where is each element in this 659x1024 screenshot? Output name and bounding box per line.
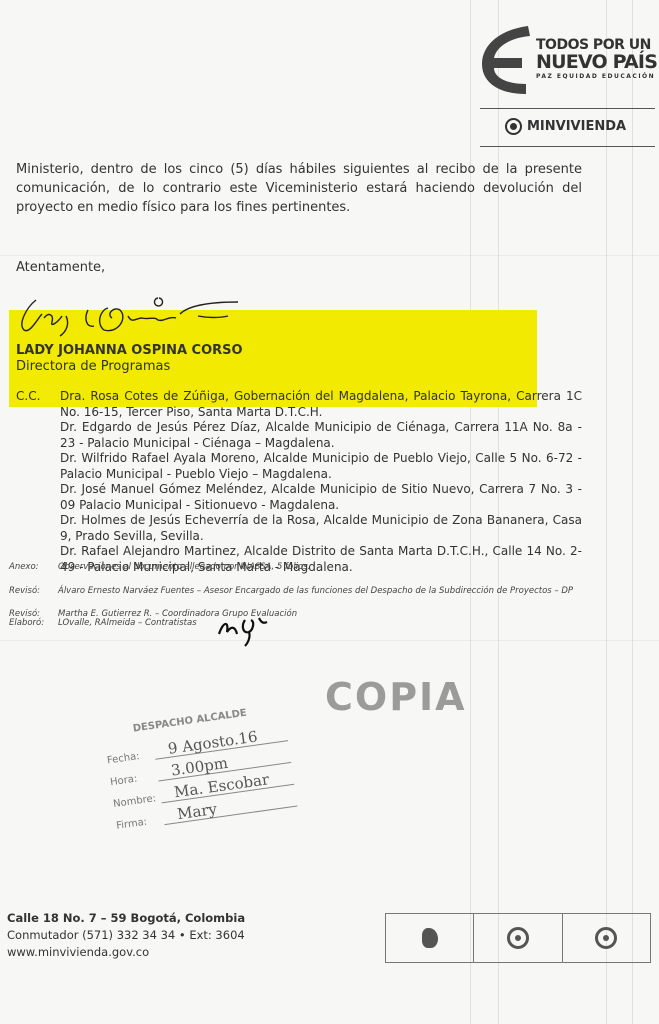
stamp-time-label: Hora: [109, 771, 158, 789]
logo-line-1: TODOS POR UN [536, 38, 657, 52]
prepared-line: Elaboró:LOvalle, RAlmeida – Contratistas [9, 618, 197, 628]
cc-recipient: Dra. Rosa Cotes de Zúñiga, Gobernación d… [60, 389, 582, 420]
cc-recipient: Dr. Wilfrido Rafael Ayala Moreno, Alcald… [60, 451, 582, 482]
ministry-name: MINVIVIENDA [527, 119, 626, 134]
reviewed-value: Álvaro Ernesto Narváez Fuentes – Asesor … [58, 586, 578, 596]
signer-name: LADY JOHANNA OSPINA CORSO [16, 343, 243, 358]
iso-certification-icon [595, 927, 617, 949]
body-paragraph: Ministerio, dentro de los cinco (5) días… [16, 160, 582, 217]
cc-recipient: Dr. Holmes de Jesús Echeverría de la Ros… [60, 513, 582, 544]
footer-phone: Conmutador (571) 332 34 34 • Ext: 3604 [7, 927, 245, 944]
cc-recipient: Dr. Edgardo de Jesús Pérez Díaz, Alcalde… [60, 420, 582, 451]
handwritten-initials [215, 612, 275, 648]
scan-artifact [0, 255, 659, 256]
reviewed-line: Revisó:Álvaro Ernesto Narváez Fuentes – … [9, 586, 581, 596]
ministry-seal-icon [505, 118, 522, 135]
annex-label: Anexo: [9, 562, 58, 572]
stamp-name-label: Nombre: [113, 792, 162, 810]
prepared-label: Elaboró: [9, 618, 58, 628]
annex-value: Observaciones al documento allegado por … [58, 562, 310, 572]
certification-logos [385, 913, 651, 963]
receipt-stamp: DESPACHO ALCALDE Fecha: 9 Agosto.16 Hora… [100, 682, 318, 848]
cc-label: C.C. [16, 389, 40, 403]
reviewed-label: Revisó: [9, 586, 58, 596]
flag-e-icon [478, 24, 532, 96]
logo-line-2: NUEVO PAÍS [536, 53, 657, 72]
logo-tagline: PAZ EQUIDAD EDUCACIÓN [536, 74, 657, 80]
handwritten-signature [8, 288, 308, 348]
prepared-value: LOvalle, RAlmeida – Contratistas [58, 618, 197, 628]
cc-list: Dra. Rosa Cotes de Zúñiga, Gobernación d… [60, 389, 582, 575]
copy-stamp: COPIA [325, 675, 467, 719]
footer-contact: Calle 18 No. 7 – 59 Bogotá, Colombia Con… [7, 910, 245, 961]
divider [480, 108, 655, 109]
cc-recipient: Dr. José Manuel Gómez Meléndez, Alcalde … [60, 482, 582, 513]
closing: Atentamente, [16, 260, 105, 275]
scan-artifact [632, 0, 633, 1024]
divider [480, 146, 655, 147]
stamp-signature-label: Firma: [116, 814, 165, 832]
iso-certification-icon [507, 927, 529, 949]
scan-artifact [0, 640, 659, 641]
footer-website[interactable]: www.minvivienda.gov.co [7, 944, 245, 961]
annex-line: Anexo:Observaciones al documento allegad… [9, 562, 310, 572]
stamp-date-label: Fecha: [106, 749, 155, 767]
signer-title: Directora de Programas [16, 359, 170, 374]
footer-address: Calle 18 No. 7 – 59 Bogotá, Colombia [7, 910, 245, 927]
minvivienda-logo: MINVIVIENDA [505, 118, 626, 135]
scan-artifact [606, 0, 607, 1024]
colombia-map-icon [422, 928, 438, 948]
